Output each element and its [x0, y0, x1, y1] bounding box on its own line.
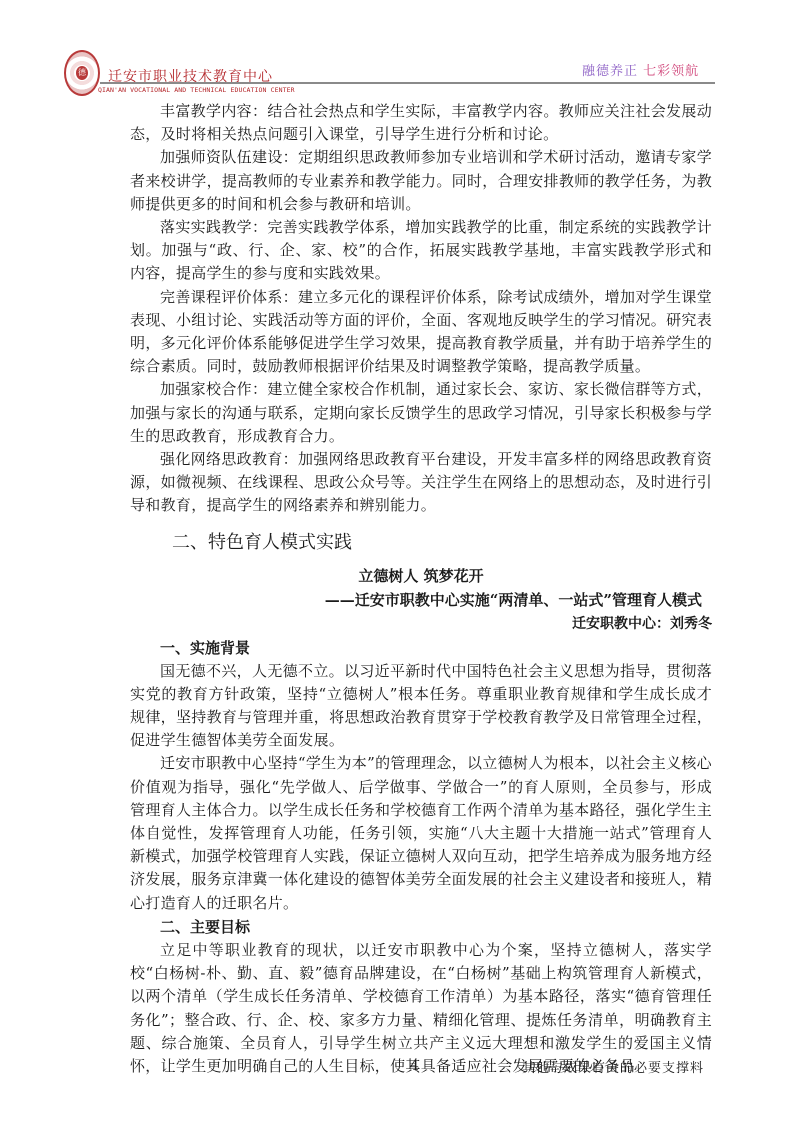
- article-author: 迁安职教中心：刘秀冬: [130, 612, 712, 636]
- document-body: 丰富教学内容：结合社会热点和学生实际，丰富教学内容。教师应关注社会发展动态，及时…: [130, 100, 712, 1078]
- paragraph: 完善课程评价体系：建立多元化的课程评价体系，除考试成绩外，增加对学生课堂表现、小…: [130, 286, 712, 379]
- article-title: 立德树人 筑梦花开: [130, 564, 712, 588]
- motto-part1: 融德养正: [582, 64, 638, 79]
- paragraph: 强化网络思政教育：加强网络思政教育平台建设，开发丰富多样的网络思政教育资源，如微…: [130, 448, 712, 518]
- paragraph: 迁安市职教中心坚持“学生为本”的管理理念，以立德树人为根本，以社会主义核心价值观…: [130, 752, 712, 914]
- school-logo-icon: 德: [64, 50, 100, 96]
- paragraph: 落实实践教学：完善实践教学体系，增加实践教学的比重，制定系统的实践教学计划。加强…: [130, 216, 712, 286]
- paragraph: 丰富教学内容：结合社会热点和学生实际，丰富教学内容。教师应关注社会发展动态，及时…: [130, 100, 712, 146]
- org-name-en: QIAN'AN VOCATIONAL AND TECHNICAL EDUCATI…: [98, 86, 295, 94]
- footer-note: 其他与成果有关的必要支撑料: [522, 1057, 704, 1076]
- subsection-heading-goals: 二、主要目标: [160, 915, 712, 939]
- subsection-heading-background: 一、实施背景: [160, 636, 712, 660]
- page-number: 4: [410, 1058, 419, 1074]
- paragraph: 加强师资队伍建设：定期组织思政教师参加专业培训和学术研讨活动，邀请专家学者来校讲…: [130, 146, 712, 216]
- paragraph: 加强家校合作：建立健全家校合作机制，通过家长会、家访、家长微信群等方式，加强与家…: [130, 378, 712, 448]
- section-heading: 二、特色育人模式实践: [172, 530, 712, 556]
- motto-part2: 七彩领航: [643, 64, 699, 79]
- header-rule: [100, 82, 715, 84]
- article-subtitle: ——迁安市职教中心实施“两清单、一站式”管理育人模式: [130, 588, 712, 612]
- paragraph: 国无德不兴，人无德不立。以习近平新时代中国特色社会主义思想为指导，贯彻落实党的教…: [130, 660, 712, 753]
- logo-glyph: 德: [76, 66, 88, 80]
- page-header: 德 迁安市职业技术教育中心 QIAN'AN VOCATIONAL AND TEC…: [0, 0, 800, 100]
- motto: 融德养正 七彩领航: [582, 60, 699, 79]
